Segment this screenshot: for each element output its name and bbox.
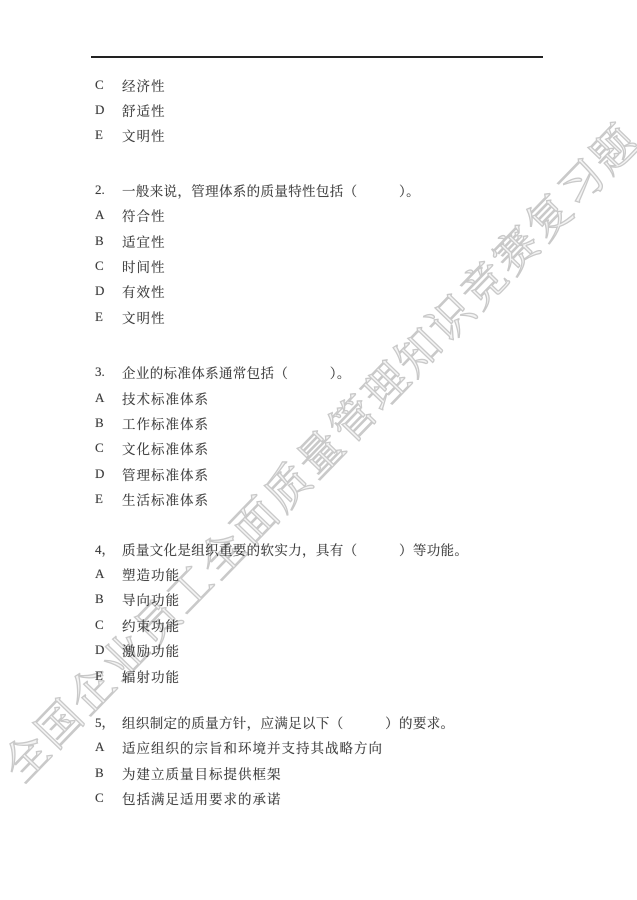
question-row: 2. 一般来说，管理体系的质量特性包括（ ）。 xyxy=(95,177,595,202)
option-text: 适宜性 xyxy=(122,231,166,251)
option-text: 为建立质量目标提供框架 xyxy=(122,763,282,783)
question-number: 5， xyxy=(95,712,122,731)
option-row: A 技术标准体系 xyxy=(95,385,595,410)
option-row: E 文明性 xyxy=(95,123,595,148)
option-row: D 舒适性 xyxy=(95,97,595,122)
question-row: 3. 企业的标准体系通常包括（ ）。 xyxy=(95,360,595,385)
option-row: C 文化标准体系 xyxy=(95,436,595,461)
option-letter: E xyxy=(95,668,122,684)
option-letter: E xyxy=(95,309,122,325)
question-stem: 一般来说，管理体系的质量特性包括（ ）。 xyxy=(122,180,420,200)
option-text: 生活标准体系 xyxy=(122,489,209,509)
option-text: 包括满足适用要求的承诺 xyxy=(122,788,282,808)
option-letter: D xyxy=(95,642,122,658)
option-row: B 工作标准体系 xyxy=(95,410,595,435)
option-letter: A xyxy=(95,739,122,755)
option-letter: C xyxy=(95,258,122,274)
question-stem: 质量文化是组织重要的软实力，具有（ ）等功能。 xyxy=(122,539,468,559)
question-row: 5， 组织制定的质量方针，应满足以下（ ）的要求。 xyxy=(95,709,595,734)
option-letter: E xyxy=(95,491,122,507)
option-row: D 有效性 xyxy=(95,279,595,304)
option-letter: D xyxy=(95,283,122,299)
question-block-3: 3. 企业的标准体系通常包括（ ）。 A 技术标准体系 B 工作标准体系 C 文… xyxy=(95,360,595,512)
question-block-5: 5， 组织制定的质量方针，应满足以下（ ）的要求。 A 适应组织的宗旨和环境并支… xyxy=(95,709,595,811)
option-row: C 经济性 xyxy=(95,72,595,97)
option-text: 符合性 xyxy=(122,205,166,225)
option-row: E 生活标准体系 xyxy=(95,486,595,511)
option-text: 适应组织的宗旨和环境并支持其战略方向 xyxy=(122,737,383,757)
option-text: 辐射功能 xyxy=(122,666,180,686)
option-letter: B xyxy=(95,591,122,607)
option-letter: C xyxy=(95,77,122,93)
option-row: A 塑造功能 xyxy=(95,561,595,586)
option-letter: D xyxy=(95,102,122,118)
question-row: 4， 质量文化是组织重要的软实力，具有（ ）等功能。 xyxy=(95,536,595,561)
option-row: A 适应组织的宗旨和环境并支持其战略方向 xyxy=(95,735,595,760)
option-text: 激励功能 xyxy=(122,640,180,660)
option-row: B 为建立质量目标提供框架 xyxy=(95,760,595,785)
option-text: 文明性 xyxy=(122,125,166,145)
option-text: 导向功能 xyxy=(122,589,180,609)
question-number: 4， xyxy=(95,539,122,558)
option-row: B 适宜性 xyxy=(95,228,595,253)
option-row: A 符合性 xyxy=(95,203,595,228)
document-content: C 经济性 D 舒适性 E 文明性 2. 一般来说，管理体系的质量特性包括（ ）… xyxy=(95,72,595,811)
option-letter: B xyxy=(95,765,122,781)
option-text: 技术标准体系 xyxy=(122,388,209,408)
document-page: 全国企业员工全面质量管理知识竞赛复习题 C 经济性 D 舒适性 E 文明性 2.… xyxy=(0,0,637,900)
option-letter: B xyxy=(95,233,122,249)
option-letter: C xyxy=(95,440,122,456)
option-row: E 文明性 xyxy=(95,304,595,329)
continuation-options: C 经济性 D 舒适性 E 文明性 xyxy=(95,72,595,148)
option-text: 工作标准体系 xyxy=(122,413,209,433)
question-block-4: 4， 质量文化是组织重要的软实力，具有（ ）等功能。 A 塑造功能 B 导向功能… xyxy=(95,536,595,688)
option-text: 文明性 xyxy=(122,307,166,327)
option-letter: A xyxy=(95,207,122,223)
option-text: 时间性 xyxy=(122,256,166,276)
option-row: B 导向功能 xyxy=(95,587,595,612)
option-text: 管理标准体系 xyxy=(122,464,209,484)
option-row: D 激励功能 xyxy=(95,637,595,662)
option-letter: C xyxy=(95,790,122,806)
option-letter: C xyxy=(95,617,122,633)
option-letter: A xyxy=(95,566,122,582)
option-text: 经济性 xyxy=(122,75,166,95)
question-stem: 企业的标准体系通常包括（ ）。 xyxy=(122,362,351,382)
option-text: 舒适性 xyxy=(122,100,166,120)
option-letter: A xyxy=(95,390,122,406)
option-letter: D xyxy=(95,466,122,482)
option-letter: E xyxy=(95,127,122,143)
question-block-2: 2. 一般来说，管理体系的质量特性包括（ ）。 A 符合性 B 适宜性 C 时间… xyxy=(95,177,595,329)
option-text: 有效性 xyxy=(122,281,166,301)
question-number: 2. xyxy=(95,182,122,198)
option-row: C 约束功能 xyxy=(95,612,595,637)
option-row: C 包括满足适用要求的承诺 xyxy=(95,785,595,810)
question-stem: 组织制定的质量方针，应满足以下（ ）的要求。 xyxy=(122,712,454,732)
option-text: 约束功能 xyxy=(122,615,180,635)
option-letter: B xyxy=(95,415,122,431)
option-text: 文化标准体系 xyxy=(122,438,209,458)
option-row: C 时间性 xyxy=(95,253,595,278)
option-text: 塑造功能 xyxy=(122,564,180,584)
option-row: E 辐射功能 xyxy=(95,663,595,688)
header-divider-line xyxy=(91,56,543,58)
option-row: D 管理标准体系 xyxy=(95,461,595,486)
question-number: 3. xyxy=(95,364,122,380)
